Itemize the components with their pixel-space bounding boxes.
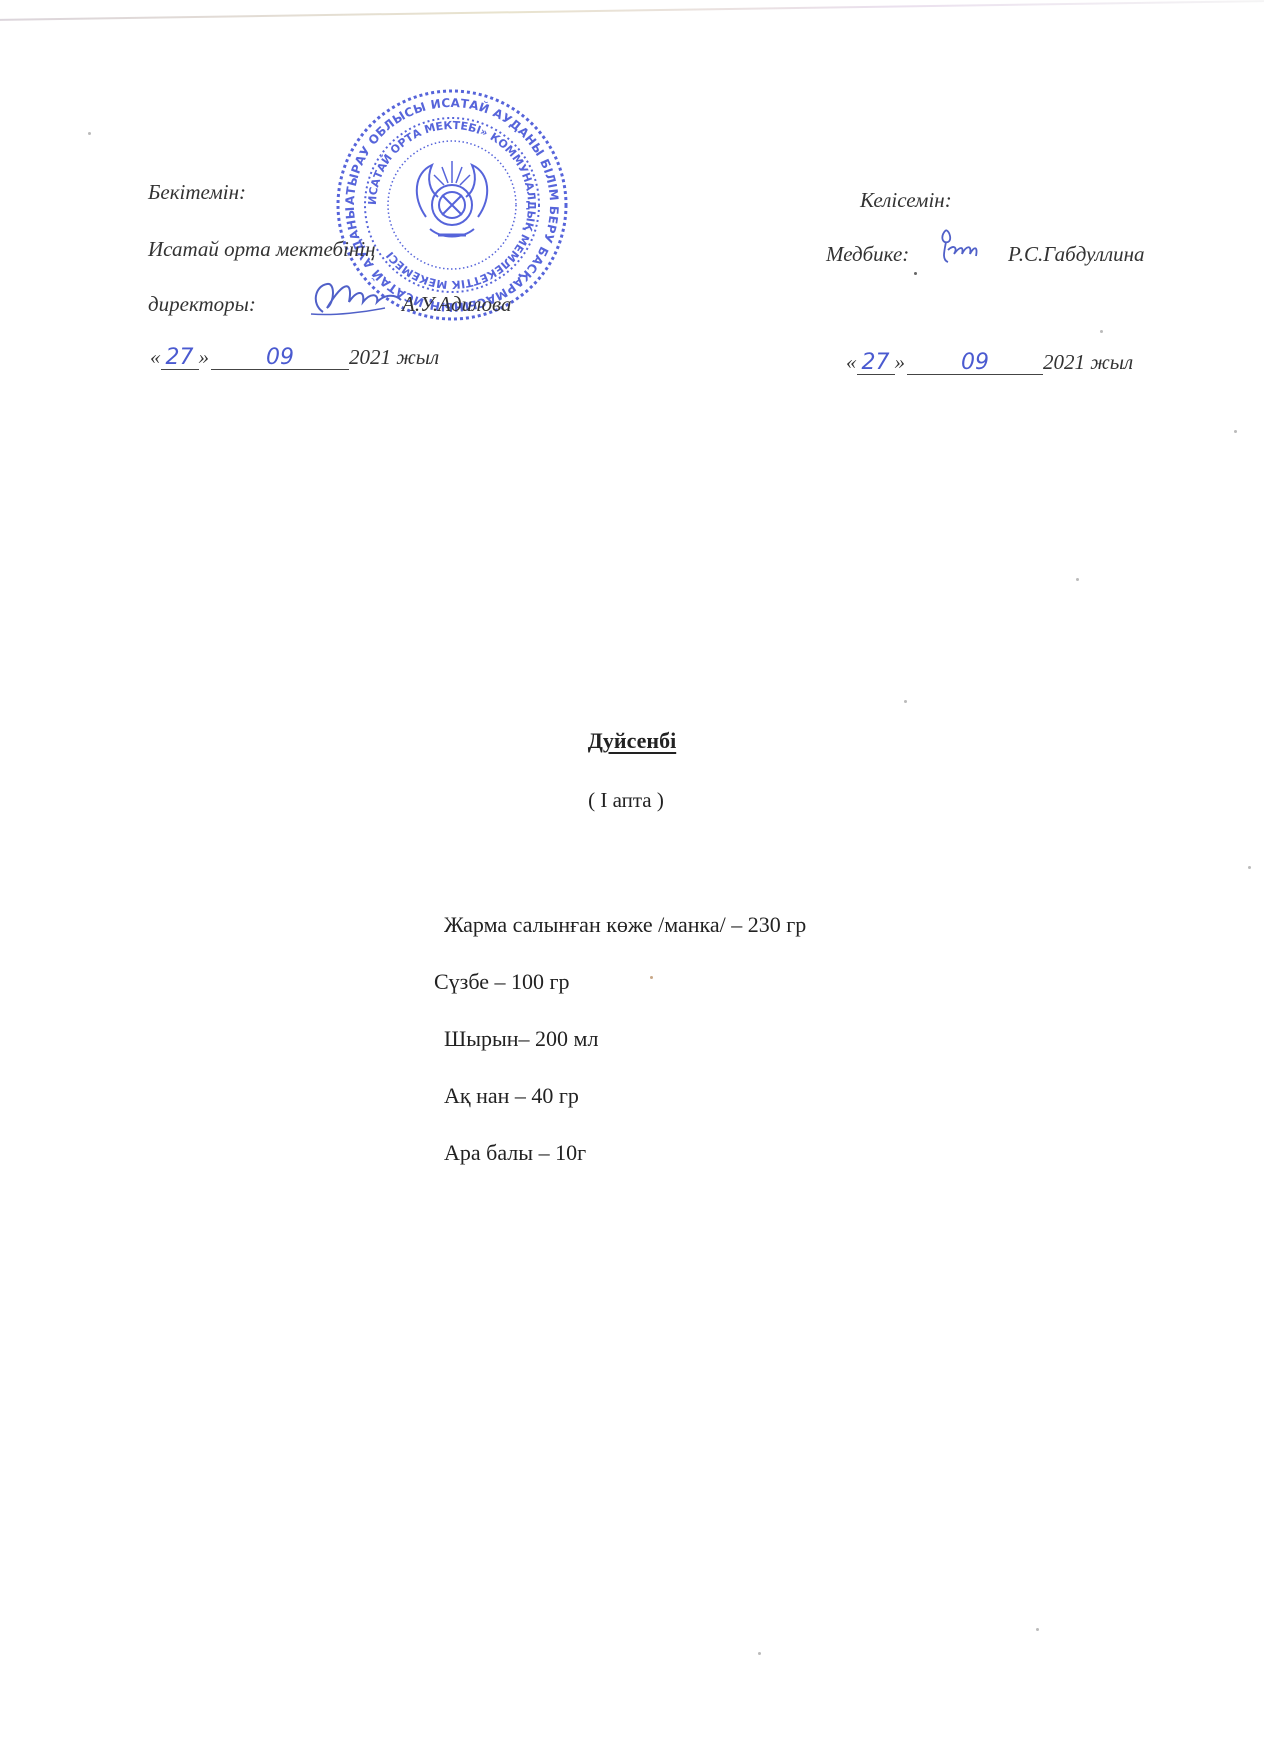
scan-speck (914, 272, 917, 275)
scan-speck (904, 700, 907, 703)
approval-role: директоры: (148, 292, 256, 317)
date-close-quote: » (895, 350, 906, 375)
approval-date-year: 2021 жыл (349, 345, 439, 370)
agreement-role: Медбике: (826, 242, 909, 267)
menu-item: Ақ нан – 40 гр (444, 1083, 806, 1140)
agreement-date-month: 09 (907, 352, 1043, 375)
agreement-date-year: 2021 жыл (1043, 350, 1133, 375)
menu-item: Жарма салынған көже /манка/ – 230 гр (444, 912, 806, 969)
menu-item: Сүзбе – 100 гр (434, 969, 806, 1026)
week-subtitle: ( І апта ) (0, 788, 1252, 813)
scan-speck (1076, 578, 1079, 581)
approval-school: Исатай орта мектебінің (148, 237, 376, 262)
agreement-date: « 27 » 09 2021 жыл (846, 350, 1133, 375)
scan-speck (1100, 330, 1103, 333)
agreement-label: Келісемін: (860, 188, 952, 213)
director-signature-icon (305, 272, 425, 322)
scan-speck (1234, 430, 1237, 433)
scan-speck (1248, 866, 1251, 869)
agreement-name: Р.С.Габдуллина (1008, 242, 1145, 267)
approval-label: Бекітемін: (148, 180, 246, 205)
nurse-signature-icon (934, 222, 984, 272)
approval-date-day: 27 (161, 347, 199, 370)
approval-date-month: 09 (211, 347, 349, 370)
menu-item: Шырын– 200 мл (444, 1026, 806, 1083)
menu-list: Жарма салынған көже /манка/ – 230 гр Сүз… (444, 912, 806, 1197)
scan-edge-artifact (0, 0, 1264, 21)
agreement-date-day: 27 (857, 352, 895, 375)
menu-item: Ара балы – 10г (444, 1140, 806, 1197)
date-close-quote: » (199, 345, 210, 370)
scan-speck (1036, 1628, 1039, 1631)
scan-speck (758, 1652, 761, 1655)
state-emblem-icon (417, 161, 487, 237)
day-title: Дуйсенбі (0, 728, 1264, 754)
scan-speck (650, 976, 653, 979)
date-open-quote: « (150, 345, 161, 370)
date-open-quote: « (846, 350, 857, 375)
scan-speck (88, 132, 91, 135)
approval-date: « 27 » 09 2021 жыл (150, 345, 439, 370)
